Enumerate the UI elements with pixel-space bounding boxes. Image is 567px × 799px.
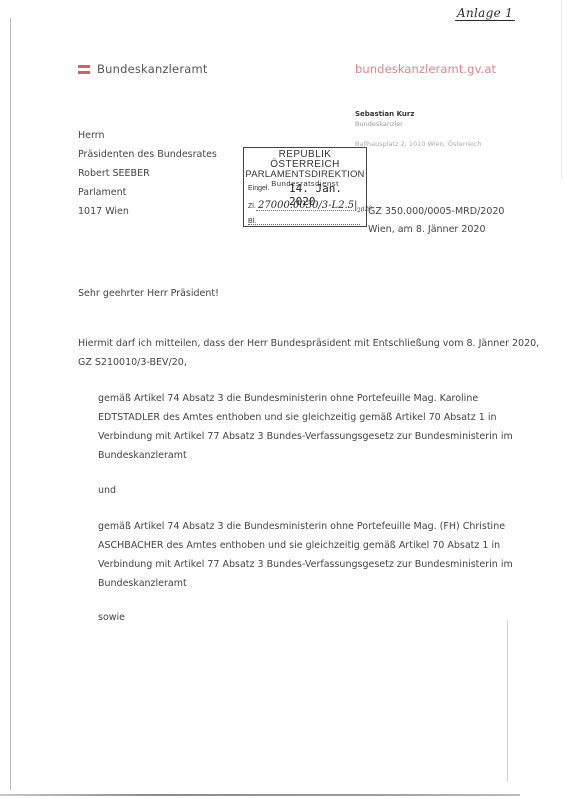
sender-address: Ballhausplatz 2, 1010 Wien, Österreich xyxy=(355,140,481,148)
scan-edge-left xyxy=(10,18,11,790)
text-line: ASCHBACHER des Amtes enthoben und sie gl… xyxy=(98,536,498,555)
conjunction-sowie: sowie xyxy=(98,608,125,627)
recipient-line: 1017 Wien xyxy=(78,202,217,221)
stamp-number-label: Zl. xyxy=(248,203,256,210)
decision-item-aschbacher: gemäß Artikel 74 Absatz 3 die Bundesmini… xyxy=(98,517,498,593)
recipient-line: Herrn xyxy=(78,126,217,145)
recipient-address-block: Herrn Präsidenten des Bundesrates Robert… xyxy=(78,126,217,221)
letter-date: Wien, am 8. Jänner 2020 xyxy=(368,224,486,235)
text-line: Bundeskanzleramt xyxy=(98,446,498,465)
reference-number: GZ 350.000/0005-MRD/2020 xyxy=(368,206,504,217)
recipient-line: Präsidenten des Bundesrates xyxy=(78,145,217,164)
stamp-sheet-label: Bl. xyxy=(248,218,360,225)
stamp-directorate: PARLAMENTSDIREKTION xyxy=(244,170,366,179)
sender-title: Bundeskanzler xyxy=(355,120,403,128)
stamp-republic: REPUBLIK ÖSTERREICH xyxy=(244,150,366,170)
recipient-line: Parlament xyxy=(78,183,217,202)
receipt-stamp: REPUBLIK ÖSTERREICH PARLAMENTSDIREKTION … xyxy=(243,147,367,227)
text-line: Verbindung mit Artikel 77 Absatz 3 Bunde… xyxy=(98,555,498,574)
text-line: gemäß Artikel 74 Absatz 3 die Bundesmini… xyxy=(98,517,498,536)
salutation: Sehr geehrter Herr Präsident! xyxy=(78,288,219,299)
stamp-dotted-line xyxy=(256,210,356,211)
handwritten-annex-label: Anlage 1 xyxy=(455,6,515,21)
recipient-line: Robert SEEBER xyxy=(78,164,217,183)
text-line: GZ S210010/3-BEV/20, xyxy=(78,353,518,372)
text-line: Hiermit darf ich mitteilen, dass der Her… xyxy=(78,334,518,353)
text-line: Verbindung mit Artikel 77 Absatz 3 Bunde… xyxy=(98,427,498,446)
text-line: gemäß Artikel 74 Absatz 3 die Bundesmini… xyxy=(98,389,498,408)
scan-edge-right-lower xyxy=(507,620,508,782)
logo-text: Bundeskanzleramt xyxy=(97,62,208,76)
stamp-received-label: Eingel. xyxy=(248,185,269,192)
website-link: bundeskanzleramt.gv.at xyxy=(355,62,496,76)
scan-edge-right xyxy=(561,0,562,180)
letterhead-logo: Bundeskanzleramt xyxy=(78,62,208,76)
text-line: Bundeskanzleramt xyxy=(98,574,498,593)
sender-name: Sebastian Kurz xyxy=(355,110,414,118)
decision-item-edtstadler: gemäß Artikel 74 Absatz 3 die Bundesmini… xyxy=(98,389,498,465)
conjunction-und: und xyxy=(98,481,116,500)
intro-paragraph: Hiermit darf ich mitteilen, dass der Her… xyxy=(78,334,518,372)
scan-edge-bottom xyxy=(0,794,520,796)
text-line: EDTSTADLER des Amtes enthoben und sie gl… xyxy=(98,408,498,427)
austrian-flag-icon xyxy=(78,65,90,74)
